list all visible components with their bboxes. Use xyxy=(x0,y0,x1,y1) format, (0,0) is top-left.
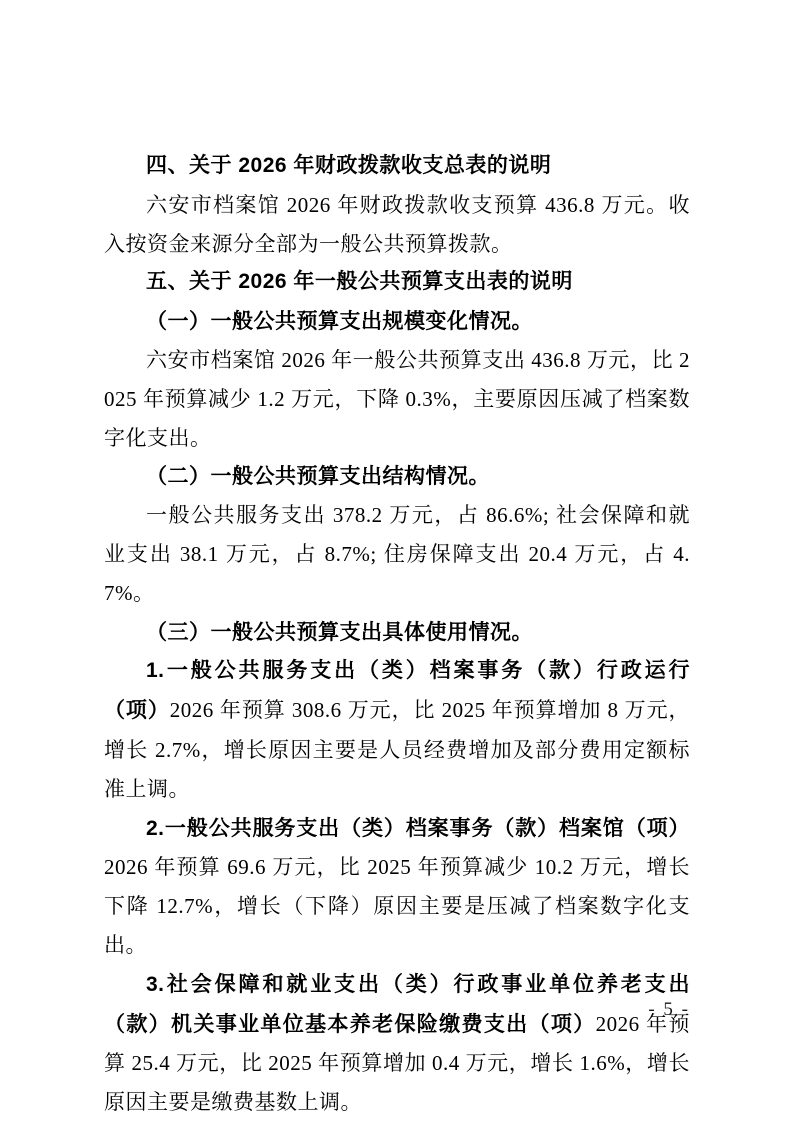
document-page: 四、关于 2026 年财政拨款收支总表的说明 六安市档案馆 2026 年财政拨款… xyxy=(0,0,793,1122)
sub-2-paragraph: 一般公共服务支出 378.2 万元，占 86.6%; 社会保障和就业支出 38.… xyxy=(104,496,690,612)
budget-item-1-body: 2026 年预算 308.6 万元，比 2025 年预算增加 8 万元，增长 2… xyxy=(104,698,690,801)
section-4-paragraph: 六安市档案馆 2026 年财政拨款收支预算 436.8 万元。收入按资金来源分全… xyxy=(104,186,690,264)
sub-heading-2: （二）一般公共预算支出结构情况。 xyxy=(104,457,690,496)
budget-item-2-body: 2026 年预算 69.6 万元，比 2025 年预算减少 10.2 万元，增长… xyxy=(104,855,690,957)
budget-item-3: 3.社会保障和就业支出（类）行政事业单位养老支出（款）机关事业单位基本养老保险缴… xyxy=(104,965,690,1122)
page-number: - 5 - xyxy=(648,999,690,1021)
sub-1-paragraph: 六安市档案馆 2026 年一般公共预算支出 436.8 万元，比 2025 年预… xyxy=(104,341,690,457)
section-5-heading: 五、关于 2026 年一般公共预算支出表的说明 xyxy=(104,263,690,302)
section-4-heading: 四、关于 2026 年财政拨款收支总表的说明 xyxy=(104,147,690,186)
sub-heading-3: （三）一般公共预算支出具体使用情况。 xyxy=(104,613,690,652)
sub-heading-1: （一）一般公共预算支出规模变化情况。 xyxy=(104,302,690,341)
budget-item-2-title: 2.一般公共服务支出（类）档案事务（款）档案馆（项） xyxy=(146,817,690,840)
budget-item-1: 1.一般公共服务支出（类）档案事务（款）行政运行（项）2026 年预算 308.… xyxy=(104,651,690,808)
budget-item-2: 2.一般公共服务支出（类）档案事务（款）档案馆（项）2026 年预算 69.6 … xyxy=(104,809,690,965)
document-content: 四、关于 2026 年财政拨款收支总表的说明 六安市档案馆 2026 年财政拨款… xyxy=(104,147,690,1122)
